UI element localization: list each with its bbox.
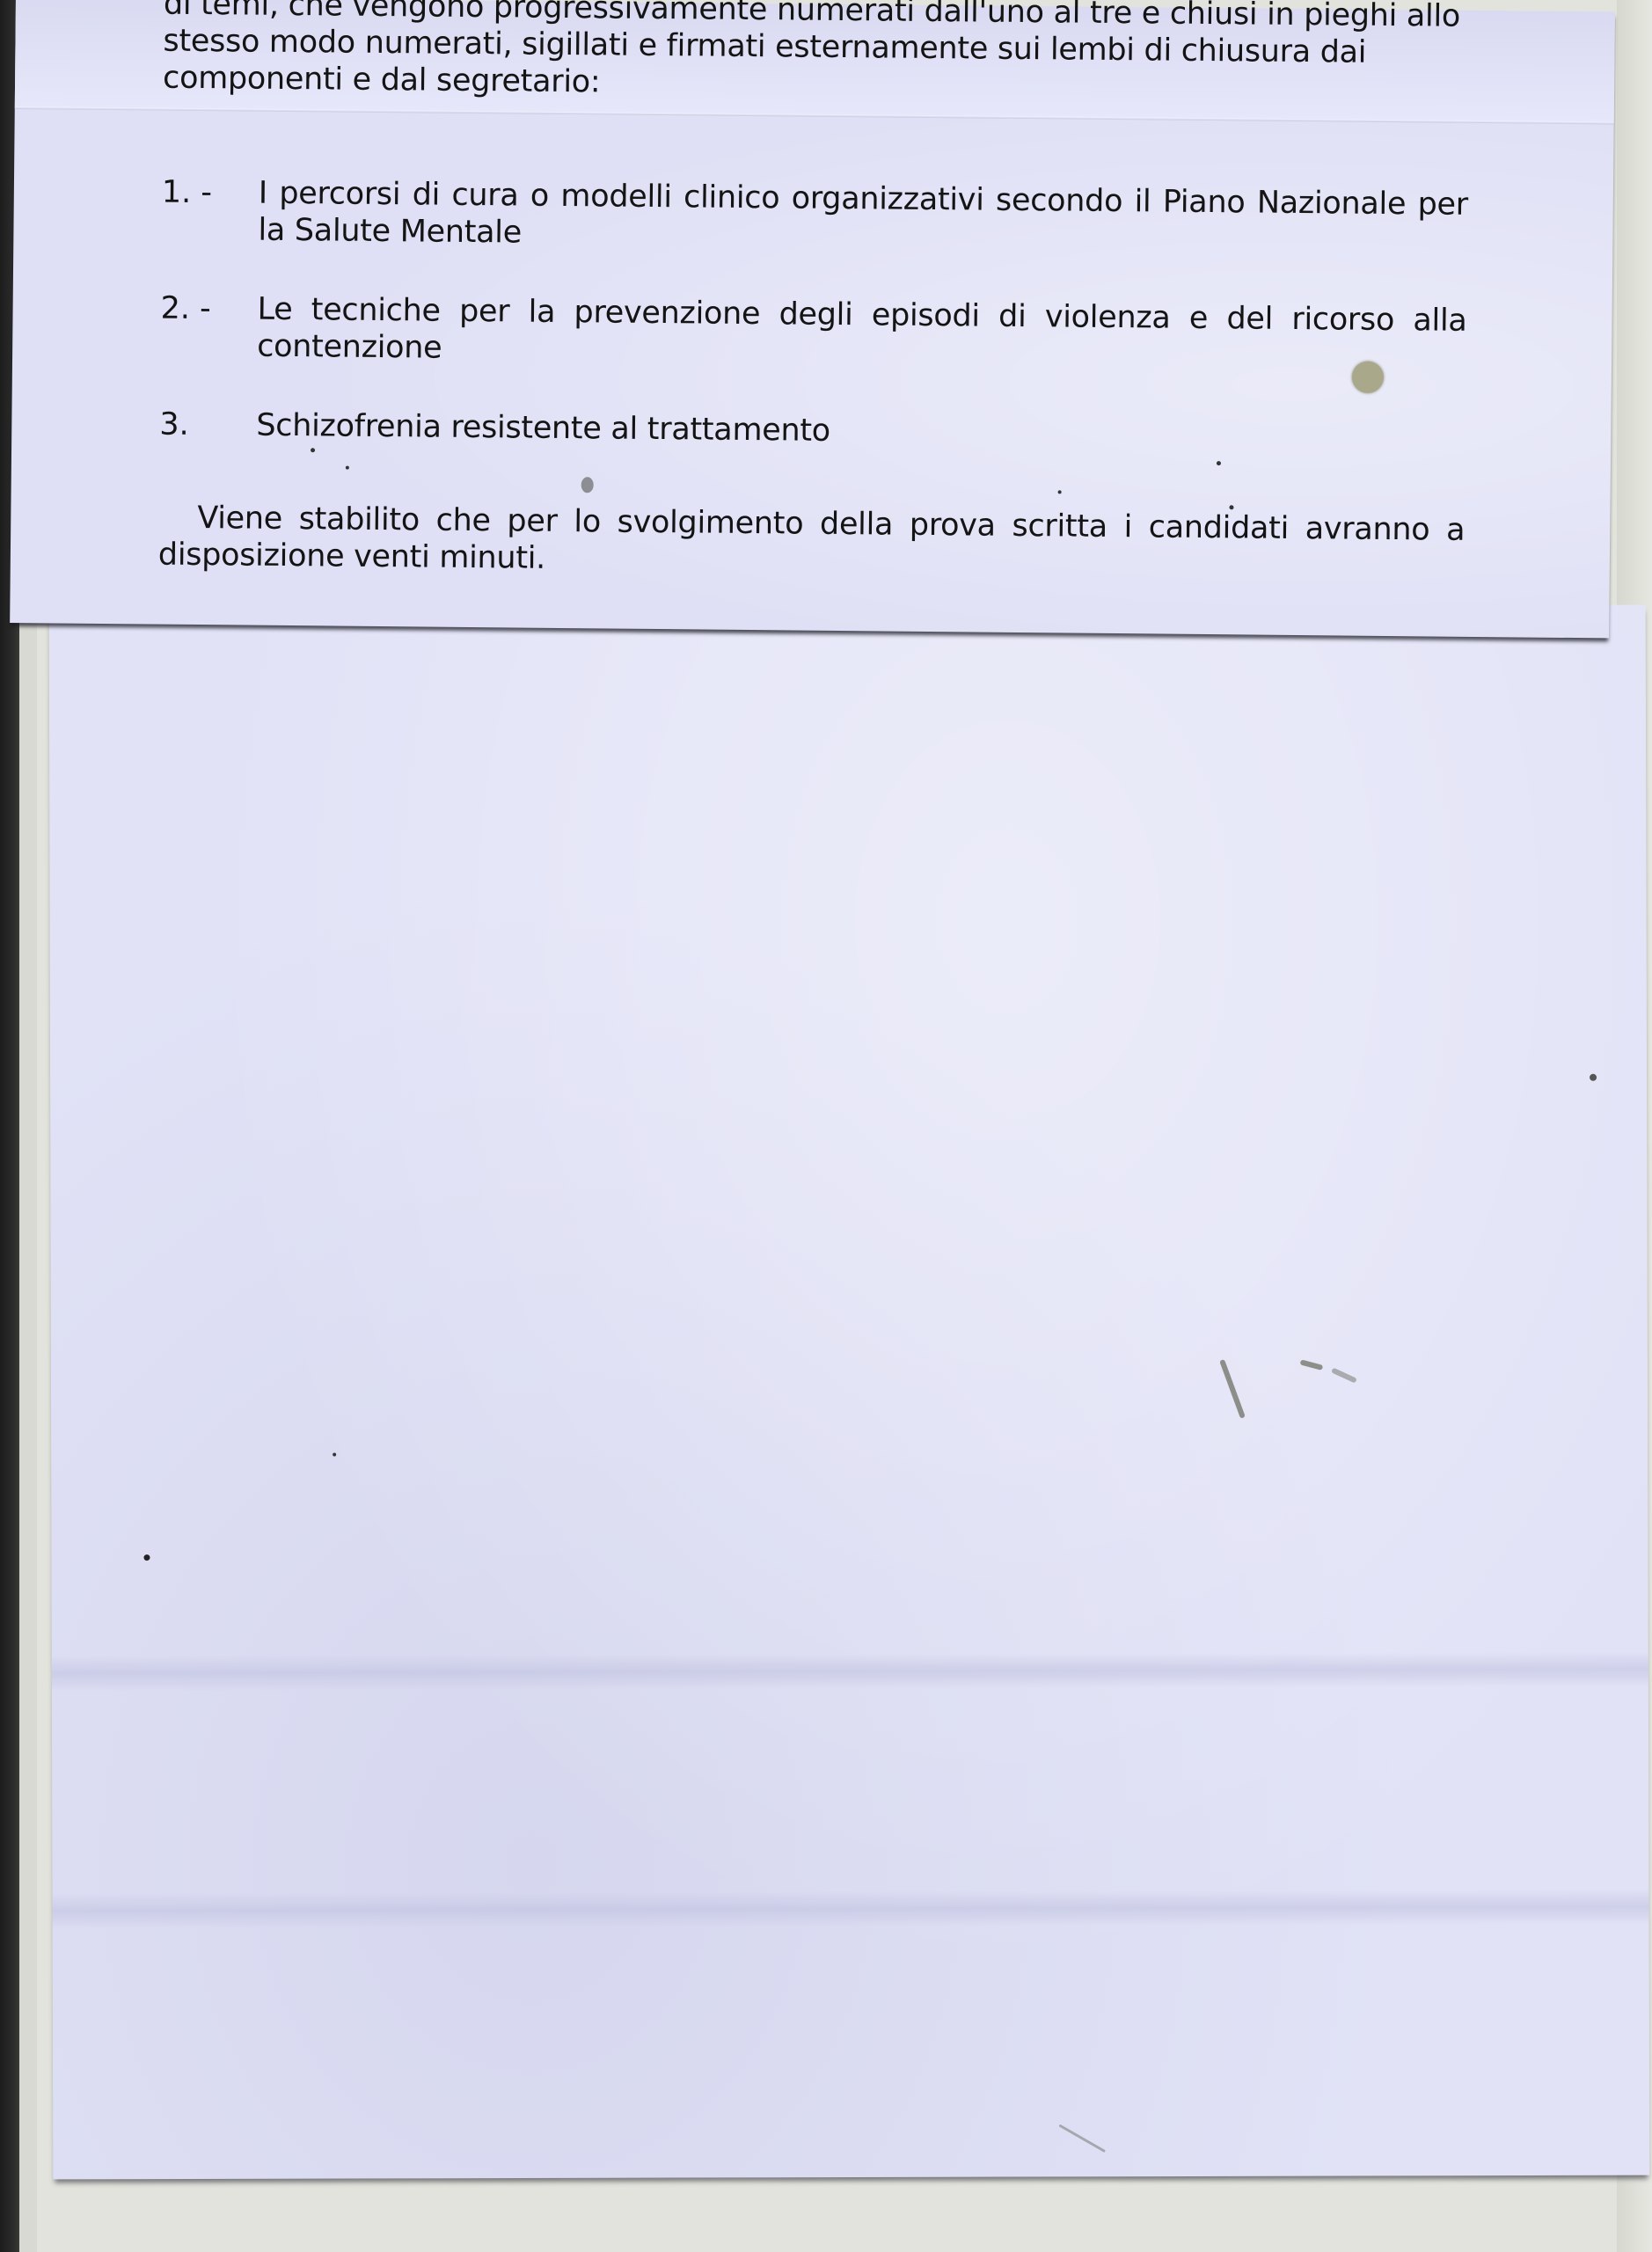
topic-text: Le tecniche per la prevenzione degli epi…: [257, 291, 1467, 377]
back-sheet: [49, 605, 1650, 2180]
ink-blot: [581, 477, 594, 493]
dust-spot: [311, 448, 315, 452]
topic-number: 3.: [159, 406, 256, 444]
ink-stain: [1219, 1359, 1246, 1419]
ink-stain: [1058, 2124, 1106, 2153]
paper-crease: [52, 1652, 1648, 1692]
closing-text: Viene stabilito che per lo svolgimento d…: [158, 500, 1466, 586]
folded-letter-flap: di temi, che vengono progressivamente nu…: [10, 0, 1615, 638]
paper-crease: [52, 1890, 1648, 1929]
topic-text: Schizofrenia resistente al trattamento: [256, 407, 1466, 456]
dust-spot: [1590, 1074, 1597, 1081]
closing-paragraph: Viene stabilito che per lo svolgimento d…: [158, 500, 1466, 586]
dust-spot: [143, 1554, 150, 1561]
exam-topics-list: 1. - I percorsi di cura o modelli clinic…: [159, 174, 1468, 498]
paper-stain-dot: [1352, 362, 1384, 393]
topic-number: 2. -: [160, 290, 258, 365]
ink-stain: [1331, 1368, 1357, 1384]
dust-spot: [1229, 505, 1233, 509]
dust-spot: [1058, 490, 1062, 494]
dust-spot: [346, 466, 349, 470]
dust-spot: [333, 1453, 336, 1457]
topic-item: 3. Schizofrenia resistente al trattament…: [159, 406, 1466, 456]
topic-item: 1. - I percorsi di cura o modelli clinic…: [161, 174, 1468, 260]
topic-text: I percorsi di cura o modelli clinico org…: [258, 175, 1468, 260]
intro-paragraph: di temi, che vengono progressivamente nu…: [163, 0, 1470, 109]
ink-stain: [1300, 1359, 1324, 1370]
topic-number: 1. -: [161, 174, 259, 249]
topic-item: 2. - Le tecniche per la prevenzione degl…: [160, 290, 1467, 377]
dust-spot: [1217, 461, 1221, 465]
